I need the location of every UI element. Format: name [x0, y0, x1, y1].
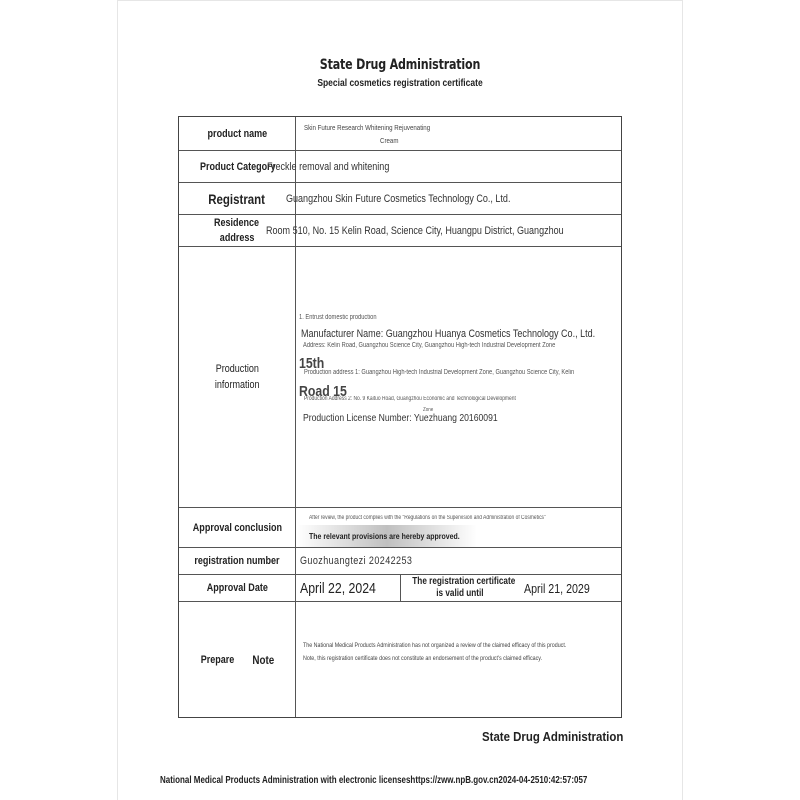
label-approval-conclusion: Approval conclusion [179, 508, 295, 547]
signature-authority: State Drug Administration [482, 729, 623, 744]
row-product-name: product name Skin Future Research Whiten… [179, 117, 621, 150]
column-divider [295, 508, 296, 547]
value-text: Freckle removal and whitening [267, 161, 389, 173]
entrust-text: 1. Entrust domestic production [299, 314, 377, 321]
conclusion-line1: After review, the product complies with … [309, 515, 546, 521]
document-title: State Drug Administration [48, 57, 752, 73]
valid-until-line2: is valid until [436, 588, 483, 600]
manufacturer-text: Manufacturer Name: Guangzhou Huanya Cosm… [301, 328, 595, 340]
row-registrant: Registrant Guangzhou Skin Future Cosmeti… [179, 182, 621, 214]
note-line2: Note, this registration certificate does… [303, 655, 542, 662]
production-address-1: Production address 1: Guangzhou High-tec… [304, 369, 574, 376]
value-text: Guozhuangtezi 20242253 [300, 555, 412, 567]
value-valid-until: April 21, 2029 [524, 575, 617, 601]
row-approval-date: Approval Date April 22, 2024 The registr… [179, 574, 621, 601]
value-product-category: Freckle removal and whitening [267, 151, 617, 182]
note-line1: The National Medical Products Administra… [303, 642, 566, 649]
label-registration-number: registration number [179, 548, 295, 574]
label-note: Prepare Note [179, 602, 295, 717]
label-approval-date: Approval Date [179, 575, 295, 601]
value-text: April 22, 2024 [300, 580, 376, 597]
row-production-information: Production information 1. Entrust domest… [179, 246, 621, 507]
product-name-line2: Cream [380, 136, 398, 145]
label-text: Approval conclusion [192, 520, 281, 536]
product-name-line1: Skin Future Research Whitening Rejuvenat… [304, 123, 430, 132]
value-approval-date: April 22, 2024 [300, 575, 400, 601]
address-text: Address: Kelin Road, Guangzhou Science C… [303, 342, 555, 349]
label-text: registration number [194, 553, 279, 569]
label-note-text: Note [253, 652, 275, 668]
label-prepare: Prepare [201, 652, 235, 668]
footer-electronic-license: National Medical Products Administration… [160, 775, 587, 786]
row-approval-conclusion: Approval conclusion After review, the pr… [179, 507, 621, 547]
label-text: Approval Date [206, 580, 267, 596]
label-product-name: product name [179, 117, 295, 150]
document-subtitle: Special cosmetics registration certifica… [60, 78, 740, 89]
row-note: Prepare Note The National Medical Produc… [179, 601, 621, 717]
value-product-name: Skin Future Research Whitening Rejuvenat… [300, 117, 617, 150]
label-text: Product Category [200, 159, 276, 175]
value-text: Room 510, No. 15 Kelin Road, Science Cit… [266, 225, 564, 237]
label-registrant: Registrant [179, 183, 295, 214]
value-text: Guangzhou Skin Future Cosmetics Technolo… [286, 193, 510, 205]
label-line2: information [215, 377, 260, 393]
value-text: April 21, 2029 [524, 581, 590, 596]
value-registration-number: Guozhuangtezi 20242253 [300, 548, 617, 574]
valid-until-label-cell: The registration certificate is valid un… [400, 575, 519, 601]
row-registration-number: registration number Guozhuangtezi 202422… [179, 547, 621, 574]
value-residence-address: Room 510, No. 15 Kelin Road, Science Cit… [266, 215, 617, 246]
certificate-table: product name Skin Future Research Whiten… [178, 116, 622, 718]
column-divider [295, 602, 296, 717]
row-residence-address: Residence address Room 510, No. 15 Kelin… [179, 214, 621, 246]
column-divider [295, 247, 296, 507]
label-line2: address [220, 231, 255, 246]
valid-until-line1: The registration certificate [412, 576, 515, 588]
row-product-category: Product Category Freckle removal and whi… [179, 150, 621, 182]
label-text: Registrant [209, 191, 266, 207]
label-text: product name [207, 126, 267, 142]
column-divider [295, 575, 296, 601]
value-registrant: Guangzhou Skin Future Cosmetics Technolo… [286, 183, 617, 214]
license-number: Production License Number: Yuezhuang 201… [303, 412, 498, 424]
production-address-2: Production Address 2: No. 9 Kaituo Road,… [304, 396, 516, 402]
column-divider [295, 548, 296, 574]
conclusion-line2: The relevant provisions are hereby appro… [309, 531, 460, 541]
label-line1: Residence [214, 216, 259, 231]
column-divider [295, 117, 296, 150]
production-details: 1. Entrust domestic production Manufactu… [297, 247, 637, 507]
label-production-information: Production information [179, 247, 295, 507]
label-line1: Production [215, 361, 258, 377]
